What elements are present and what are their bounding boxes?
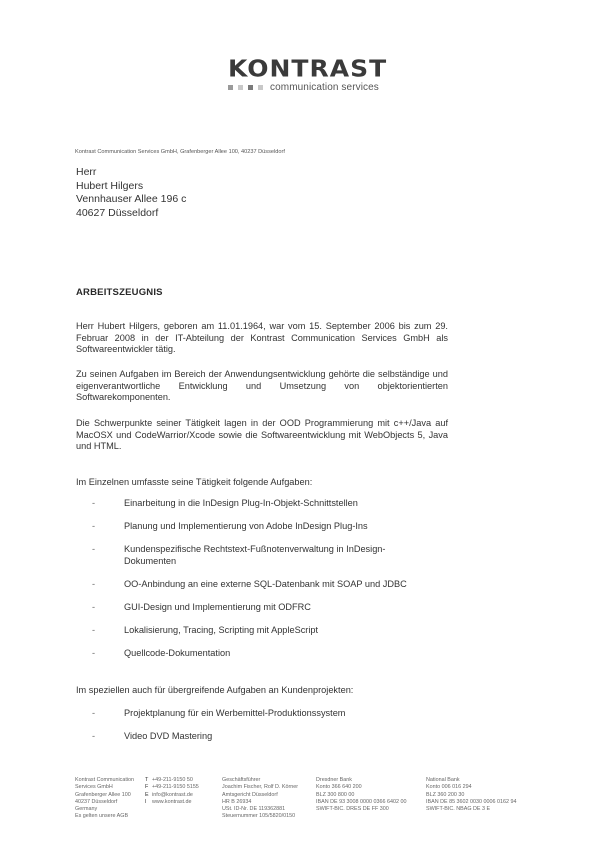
projects-list: -Projektplanung für ein Werbemittel-Prod… xyxy=(92,708,432,754)
logo-subline: communication services xyxy=(228,82,398,93)
logo-square-icon xyxy=(228,85,233,90)
bullet-dash: - xyxy=(92,544,124,567)
footer-fax: F+49-211-9150 5155 xyxy=(145,784,199,791)
recipient-salutation: Herr xyxy=(76,166,186,180)
footer-bank-national: National Bank Konto 006 016 294 BLZ 360 … xyxy=(426,777,517,813)
list-item: -Kundenspezifische Rechtstext-Fußnotenve… xyxy=(92,544,432,567)
paragraph-responsibilities: Zu seinen Aufgaben im Bereich der Anwend… xyxy=(76,369,448,404)
company-logo: KONTRAST communication services xyxy=(228,58,398,93)
logo-square-icon xyxy=(258,85,263,90)
bullet-dash: - xyxy=(92,708,124,720)
list-item: -OO-Anbindung an eine externe SQL-Datenb… xyxy=(92,579,432,591)
bullet-dash: - xyxy=(92,731,124,743)
footer-company: Kontrast Communication Services GmbH Gra… xyxy=(75,777,134,821)
logo-square-icon xyxy=(248,85,253,90)
recipient-street: Vennhauser Allee 196 c xyxy=(76,193,186,207)
bullet-dash: - xyxy=(92,648,124,660)
paragraph-focus: Die Schwerpunkte seiner Tätigkeit lagen … xyxy=(76,418,448,453)
list-item: -Quellcode-Dokumentation xyxy=(92,648,432,660)
bullet-dash: - xyxy=(92,625,124,637)
document-title: ARBEITSZEUGNIS xyxy=(76,287,163,298)
recipient-address: Herr Hubert Hilgers Vennhauser Allee 196… xyxy=(76,166,186,220)
bullet-dash: - xyxy=(92,602,124,614)
recipient-city: 40627 Düsseldorf xyxy=(76,207,186,221)
paragraph-employment: Herr Hubert Hilgers, geboren am 11.01.19… xyxy=(76,321,448,356)
list-item: -GUI-Design und Implementierung mit ODFR… xyxy=(92,602,432,614)
bullet-dash: - xyxy=(92,521,124,533)
footer-email: Einfo@kontrast.de xyxy=(145,792,199,799)
footer-bank-dresdner: Dresdner Bank Konto 366 640 200 BLZ 300 … xyxy=(316,777,407,813)
sender-line: Kontrast Communication Services GmbH, Gr… xyxy=(75,149,285,155)
footer-phone: T+49-211-9150 50 xyxy=(145,777,199,784)
logo-square-icon xyxy=(238,85,243,90)
tasks-list: -Einarbeitung in die InDesign Plug-In-Ob… xyxy=(92,498,432,671)
footer-web: Iwww.kontrast.de xyxy=(145,799,199,806)
recipient-name: Hubert Hilgers xyxy=(76,180,186,194)
footer-contact: T+49-211-9150 50 F+49-211-9150 5155 Einf… xyxy=(145,777,199,806)
logo-wordmark: KONTRAST xyxy=(228,59,398,79)
list-item: -Video DVD Mastering xyxy=(92,731,432,743)
logo-tagline: communication services xyxy=(270,82,379,93)
projects-intro: Im speziellen auch für übergreifende Auf… xyxy=(76,685,353,695)
list-item: -Planung und Implementierung von Adobe I… xyxy=(92,521,432,533)
list-item: -Lokalisierung, Tracing, Scripting mit A… xyxy=(92,625,432,637)
footer-management: Geschäftsführer Joachim Fischer, Rolf D.… xyxy=(222,777,298,821)
bullet-dash: - xyxy=(92,579,124,591)
tasks-intro: Im Einzelnen umfasste seine Tätigkeit fo… xyxy=(76,477,312,487)
list-item: -Projektplanung für ein Werbemittel-Prod… xyxy=(92,708,432,720)
list-item: -Einarbeitung in die InDesign Plug-In-Ob… xyxy=(92,498,432,510)
bullet-dash: - xyxy=(92,498,124,510)
